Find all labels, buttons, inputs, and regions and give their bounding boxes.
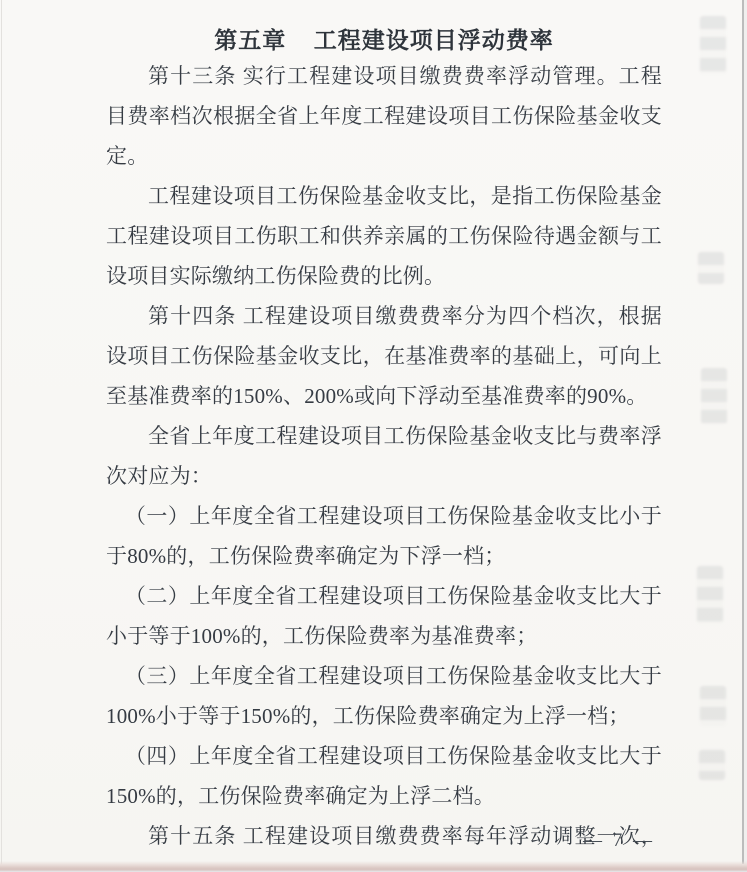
text-line: 工程建设项目工伤保险基金收支比，是指工伤保险基金支付 bbox=[106, 176, 662, 216]
text-line: 第十四条 工程建设项目缴费费率分为四个档次，根据工程建 bbox=[106, 296, 662, 336]
bleedthrough-mark bbox=[700, 16, 726, 74]
text-line: （四）上年度全省工程建设项目工伤保险基金收支比大于 bbox=[106, 736, 662, 776]
text-line: 小于等于100%的，工伤保险费率为基准费率； bbox=[106, 616, 662, 656]
text-line: 于80%的，工伤保险费率确定为下浮一档； bbox=[106, 536, 662, 576]
document-body: 第十三条 实行工程建设项目缴费费率浮动管理。工程建设项目费率档次根据全省上年度工… bbox=[106, 56, 662, 856]
text-line: （一）上年度全省工程建设项目工伤保险基金收支比小于等 bbox=[106, 496, 662, 536]
text-line: 定。 bbox=[106, 136, 662, 176]
text-line: 全省上年度工程建设项目工伤保险基金收支比与费率浮动档 bbox=[106, 416, 662, 456]
scan-edge-bottom bbox=[0, 861, 747, 872]
text-line: 目费率档次根据全省上年度工程建设项目工伤保险基金收支比确 bbox=[106, 96, 662, 136]
text-line: 至基准费率的150%、200%或向下浮动至基准费率的90%。 bbox=[106, 376, 662, 416]
bleedthrough-mark bbox=[700, 686, 726, 726]
bleedthrough-mark bbox=[698, 252, 724, 284]
text-line: 150%的，工伤保险费率确定为上浮二档。 bbox=[106, 776, 662, 816]
text-line: 设项目工伤保险基金收支比，在基准费率的基础上，可向上浮动 bbox=[106, 336, 662, 376]
bleedthrough-mark bbox=[701, 368, 727, 424]
document-page: 第五章工程建设项目浮动费率 第十三条 实行工程建设项目缴费费率浮动管理。工程建设… bbox=[0, 0, 747, 872]
bleedthrough-mark bbox=[699, 750, 725, 780]
text-line: 工程建设项目工伤职工和供养亲属的工伤保险待遇金额与工程建 bbox=[106, 216, 662, 256]
scan-edge-left bbox=[1, 0, 2, 872]
text-line: 次对应为： bbox=[106, 456, 662, 496]
chapter-name: 工程建设项目浮动费率 bbox=[314, 27, 554, 53]
text-line: 第十三条 实行工程建设项目缴费费率浮动管理。工程建设项 bbox=[106, 56, 662, 96]
text-line: （二）上年度全省工程建设项目工伤保险基金收支比大于80% bbox=[106, 576, 662, 616]
bleedthrough-mark bbox=[697, 566, 723, 624]
text-line: 100%小于等于150%的，工伤保险费率确定为上浮一档； bbox=[106, 696, 662, 736]
text-line: 第十五条 工程建设项目缴费费率每年浮动调整一次，调整时 bbox=[106, 816, 662, 856]
text-line: 设项目实际缴纳工伤保险费的比例。 bbox=[106, 256, 662, 296]
text-line: （三）上年度全省工程建设项目工伤保险基金收支比大于 bbox=[106, 656, 662, 696]
scan-edge-right-line bbox=[742, 0, 744, 864]
chapter-number: 第五章 bbox=[214, 27, 286, 53]
chapter-title: 第五章工程建设项目浮动费率 bbox=[106, 22, 662, 54]
page-number: — 7 — bbox=[583, 830, 655, 852]
